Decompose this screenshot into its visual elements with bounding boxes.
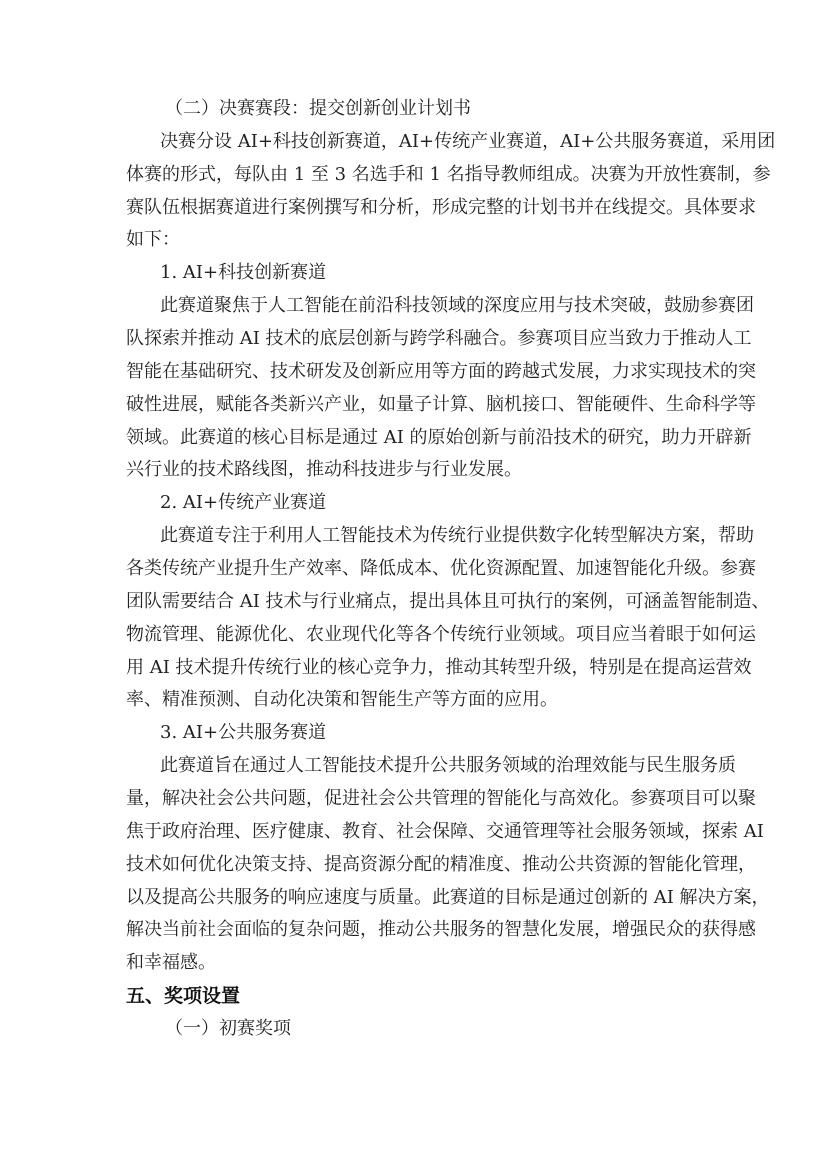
paragraph-line: 焦于政府治理、医疗健康、教育、社会保障、交通管理等社会服务领域，探索 AI (126, 816, 712, 849)
paragraph-line: 此赛道聚焦于人工智能在前沿科技领域的深度应用与技术突破，鼓励参赛团 (126, 290, 712, 323)
section-heading-awards: 五、奖项设置 (126, 980, 712, 1013)
track-paragraph-public-service: 此赛道旨在通过人工智能技术提升公共服务领域的治理效能与民生服务质 量，解决社会公… (126, 750, 712, 980)
paragraph-line: 各类传统产业提升生产效率、降低成本、优化资源配置、加速智能化升级。参赛 (126, 553, 712, 586)
paragraph-line: 领域。此赛道的核心目标是通过 AI 的原始创新与前沿技术的研究，助力开辟新 (126, 422, 712, 455)
subsection-heading-preliminary-awards: （一）初赛奖项 (126, 1013, 712, 1046)
track-title-tech-innovation: 1. AI+科技创新赛道 (126, 257, 712, 290)
document-page: （二）决赛赛段：提交创新创业计划书 决赛分设 AI+科技创新赛道，AI+传统产业… (126, 93, 712, 1046)
paragraph-line: 兴行业的技术路线图，推动科技进步与行业发展。 (126, 454, 712, 487)
paragraph-line: 此赛道旨在通过人工智能技术提升公共服务领域的治理效能与民生服务质 (126, 750, 712, 783)
paragraph-line: 物流管理、能源优化、农业现代化等各个传统行业领域。项目应当着眼于如何运 (126, 619, 712, 652)
paragraph-line: 率、精准预测、自动化决策和智能生产等方面的应用。 (126, 684, 712, 717)
paragraph-line: 智能在基础研究、技术研发及创新应用等方面的跨越式发展，力求实现技术的突 (126, 356, 712, 389)
track-title-public-service: 3. AI+公共服务赛道 (126, 717, 712, 750)
track-paragraph-tech-innovation: 此赛道聚焦于人工智能在前沿科技领域的深度应用与技术突破，鼓励参赛团 队探索并推动… (126, 290, 712, 487)
paragraph-line: 破性进展，赋能各类新兴产业，如量子计算、脑机接口、智能硬件、生命科学等 (126, 389, 712, 422)
paragraph-line: 队探索并推动 AI 技术的底层创新与跨学科融合。参赛项目应当致力于推动人工 (126, 323, 712, 356)
paragraph-line: 技术如何优化决策支持、提高资源分配的精准度、推动公共资源的智能化管理， (126, 849, 712, 882)
paragraph-line: 用 AI 技术提升传统行业的核心竞争力，推动其转型升级，特别是在提高运营效 (126, 652, 712, 685)
paragraph-line: 体赛的形式，每队由 1 至 3 名选手和 1 名指导教师组成。决赛为开放性赛制，… (126, 159, 712, 192)
paragraph-line: 解决当前社会面临的复杂问题，推动公共服务的智慧化发展，增强民众的获得感 (126, 914, 712, 947)
paragraph-line: 和幸福感。 (126, 947, 712, 980)
paragraph-line: 量，解决社会公共问题，促进社会公共管理的智能化与高效化。参赛项目可以聚 (126, 783, 712, 816)
paragraph-line: 此赛道专注于利用人工智能技术为传统行业提供数字化转型解决方案，帮助 (126, 520, 712, 553)
final-intro-paragraph: 决赛分设 AI+科技创新赛道，AI+传统产业赛道，AI+公共服务赛道，采用团 体… (126, 126, 712, 257)
paragraph-line: 决赛分设 AI+科技创新赛道，AI+传统产业赛道，AI+公共服务赛道，采用团 (126, 126, 712, 159)
paragraph-line: 赛队伍根据赛道进行案例撰写和分析，形成完整的计划书并在线提交。具体要求 (126, 192, 712, 225)
subsection-heading-final: （二）决赛赛段：提交创新创业计划书 (126, 93, 712, 126)
track-title-traditional-industry: 2. AI+传统产业赛道 (126, 487, 712, 520)
paragraph-line: 如下： (126, 224, 712, 257)
track-paragraph-traditional-industry: 此赛道专注于利用人工智能技术为传统行业提供数字化转型解决方案，帮助 各类传统产业… (126, 520, 712, 717)
paragraph-line: 团队需要结合 AI 技术与行业痛点，提出具体且可执行的案例，可涵盖智能制造、 (126, 586, 712, 619)
paragraph-line: 以及提高公共服务的响应速度与质量。此赛道的目标是通过创新的 AI 解决方案， (126, 882, 712, 915)
